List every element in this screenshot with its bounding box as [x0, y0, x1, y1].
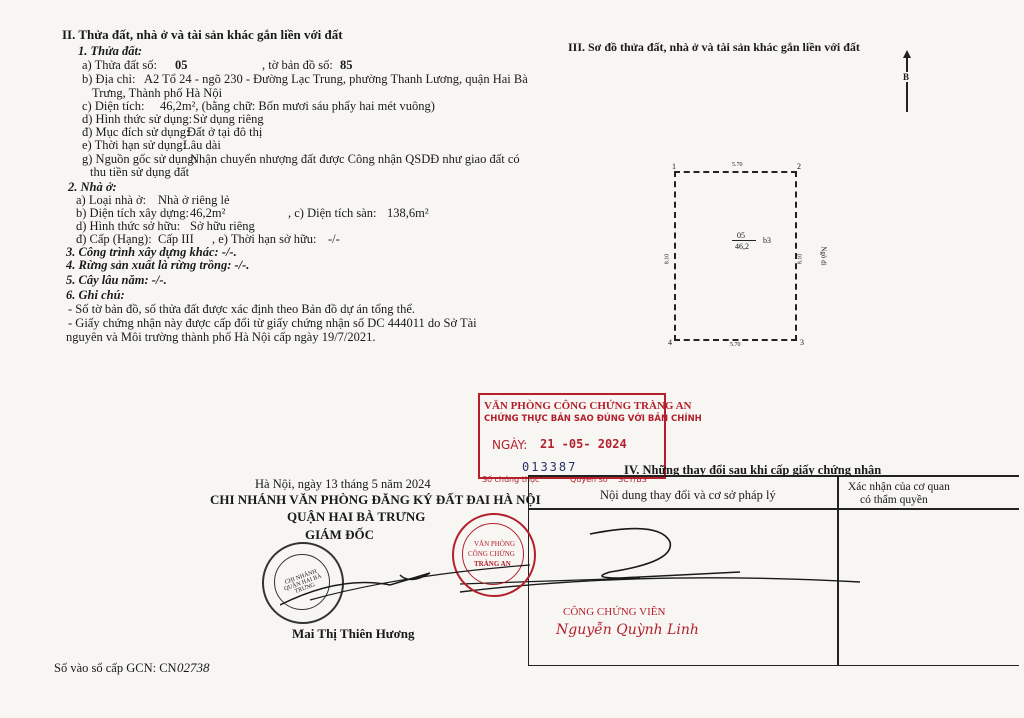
- address-line1: A2 Tổ 24 - ngõ 230 - Đường Lạc Trung, ph…: [144, 72, 528, 86]
- fraction-line: [732, 240, 756, 241]
- director-signature-icon: [280, 545, 540, 615]
- stamp-date-label: NGÀY:: [492, 438, 527, 452]
- usage-form-value: Sử dụng riêng: [193, 112, 264, 126]
- top-edge-length: 5.70: [732, 162, 743, 168]
- corner-4: 4: [668, 338, 672, 347]
- issuing-org-line1: CHI NHÁNH VĂN PHÒNG ĐĂNG KÝ ĐẤT ĐAI HÀ N…: [210, 492, 541, 508]
- grade-value: Cấp III: [158, 232, 194, 246]
- notes-heading: 6. Ghi chú:: [66, 288, 125, 303]
- issuing-org-line2: QUẬN HAI BÀ TRƯNG: [287, 509, 425, 525]
- plot-boundary: [674, 171, 797, 341]
- usage-term-value: Lâu dài: [183, 138, 221, 152]
- stamp-certify-line: CHỨNG THỰC BẢN SAO ĐÚNG VỚI BẢN CHÍNH: [484, 414, 702, 424]
- cert-number: 013387: [522, 460, 577, 474]
- ownership-label: d) Hình thức sở hữu:: [76, 219, 180, 233]
- bottom-edge-length: 5.70: [730, 342, 741, 348]
- ownership-term-value: -/-: [328, 232, 340, 246]
- section-2-title: II. Thửa đất, nhà ở và tài sản khác gắn …: [62, 27, 343, 43]
- col-confirm-header-1: Xác nhận của cơ quan: [848, 480, 950, 494]
- parcel-area: 46,2: [735, 242, 749, 251]
- north-arrow-icon: [906, 54, 908, 112]
- registry-label: Số vào sổ cấp GCN: CN: [54, 661, 177, 675]
- note-line1: - Số tờ bản đồ, số thửa đất được xác địn…: [68, 302, 415, 316]
- stamp-office-name: VĂN PHÒNG CÔNG CHỨNG TRÀNG AN: [484, 400, 691, 412]
- north-arrowhead-icon: [903, 50, 911, 58]
- notary-name: Nguyễn Quỳnh Linh: [556, 622, 699, 638]
- built-area-label: b) Diện tích xây dựng:: [76, 206, 189, 220]
- notary-title: CÔNG CHỨNG VIÊN: [563, 606, 665, 618]
- origin-label: g) Nguồn gốc sử dụng:: [82, 152, 197, 166]
- house-type-label: a) Loại nhà ở:: [76, 193, 146, 207]
- usage-purpose-label: đ) Mục đích sử dụng:: [82, 125, 189, 139]
- origin-line1: Nhận chuyển nhượng đất được Công nhận QS…: [190, 152, 520, 166]
- usage-term-label: e) Thời hạn sử dụng:: [82, 138, 186, 152]
- section-3-title: III. Sơ đồ thửa đất, nhà ở và tài sản kh…: [568, 40, 860, 55]
- signer-position: GIÁM ĐỐC: [305, 527, 374, 543]
- parcel-number: 05: [737, 231, 745, 240]
- floor-area-value: 138,6m²: [387, 206, 429, 220]
- left-edge-length: 8.10: [664, 254, 670, 265]
- origin-line2: thu tiền sử dụng đất: [90, 165, 189, 179]
- area-label: c) Diện tích:: [82, 99, 144, 113]
- usage-purpose-value: Đất ở tại đô thị: [187, 125, 262, 139]
- signer-name: Mai Thị Thiên Hương: [292, 626, 415, 642]
- signing-date: Hà Nội, ngày 13 tháng 5 năm 2024: [255, 477, 431, 491]
- land-heading: 1. Thửa đất:: [78, 44, 142, 59]
- col-changes-header: Nội dung thay đổi và cơ sở pháp lý: [600, 488, 776, 502]
- road-label: Ngõ đi: [820, 246, 828, 265]
- address-label: b) Địa chỉ:: [82, 72, 135, 86]
- map-sheet-value: 85: [340, 58, 353, 72]
- corner-3: 3: [800, 338, 804, 347]
- north-label: B: [902, 72, 910, 82]
- corner-1: 1: [672, 162, 676, 171]
- grade-label: đ) Cấp (Hạng):: [76, 232, 152, 246]
- map-sheet-label: , tờ bản đồ số:: [262, 58, 333, 72]
- built-area-value: 46,2m²: [190, 206, 225, 220]
- neighbor-label: b3: [763, 236, 771, 245]
- production-forest: 4. Rừng sản xuất là rừng trồng: -/-.: [66, 258, 249, 273]
- ownership-term-label: , e) Thời hạn sở hữu:: [212, 232, 316, 246]
- corner-2: 2: [797, 162, 801, 171]
- note-line2: - Giấy chứng nhận này được cấp đổi từ gi…: [68, 316, 477, 330]
- parcel-no-value: 05: [175, 58, 188, 72]
- parcel-no-label: a) Thửa đất số:: [82, 58, 157, 72]
- note-line3: nguyên và Môi trường thành phố Hà Nội cấ…: [66, 330, 376, 344]
- ownership-value: Sở hữu riêng: [190, 219, 255, 233]
- right-edge-length: 8.10: [797, 254, 803, 265]
- usage-form-label: d) Hình thức sử dụng:: [82, 112, 192, 126]
- perennial-trees: 5. Cây lâu năm: -/-.: [66, 273, 167, 288]
- house-type-value: Nhà ở riêng lẻ: [158, 193, 230, 207]
- area-value: 46,2m², (bằng chữ: Bốn mươi sáu phẩy hai…: [160, 99, 435, 113]
- stamp-date-value: 21 -05- 2024: [540, 437, 627, 451]
- registry-number: 02738: [177, 661, 210, 675]
- floor-area-label: , c) Diện tích sàn:: [288, 206, 377, 220]
- address-line2: Trưng, Thành phố Hà Nội: [92, 86, 222, 100]
- col-confirm-header-2: có thẩm quyền: [860, 493, 928, 507]
